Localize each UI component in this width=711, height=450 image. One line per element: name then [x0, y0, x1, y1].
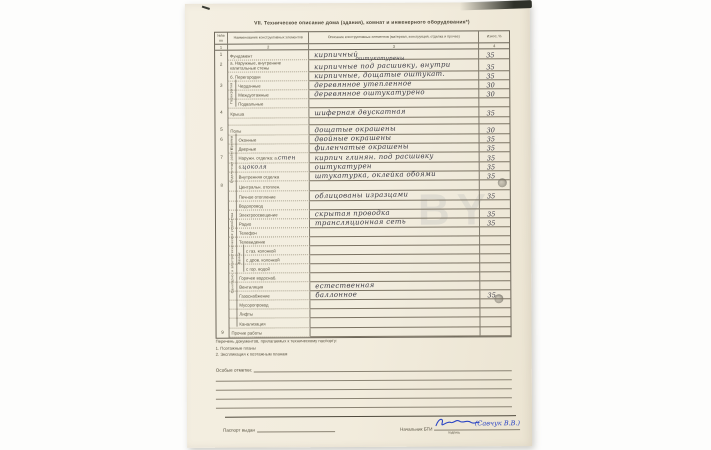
- row-wear-percent: [480, 272, 510, 281]
- row-number: [215, 91, 228, 100]
- col-header-wear: Износ, %: [479, 31, 509, 42]
- row-label: Центральн. отоплен.: [229, 181, 311, 191]
- row-number: [216, 274, 229, 283]
- row-number: 6: [216, 136, 229, 145]
- row-number: 7: [216, 154, 229, 164]
- row-number: [215, 119, 228, 126]
- row-wear-percent: [480, 254, 510, 263]
- row-wear-percent: 30: [479, 89, 509, 98]
- row-number: [216, 145, 229, 154]
- scanned-page: BY VII. Техническое описание дома (здани…: [185, 2, 532, 448]
- col-header-num: №№ пп: [215, 33, 228, 44]
- row-label: Наружн. отделка: а.стен: [229, 153, 311, 163]
- row-number: [216, 292, 229, 301]
- handwritten-entry: кирпичные, дощатые оштукат.: [314, 71, 445, 81]
- row-wear-percent: 30: [480, 124, 510, 134]
- row-label: Электроосвещение: [229, 210, 311, 219]
- row-label: Внутренняя отделка: [229, 172, 311, 181]
- attachment-item: 2. Экспликация к поэтажным планам: [216, 352, 338, 359]
- row-label: б.цоколя: [229, 163, 311, 172]
- handwritten-entry: филенчатые окрашены: [315, 143, 409, 152]
- row-wear-percent: 35: [480, 162, 510, 171]
- row-number: [216, 283, 229, 292]
- handwritten-entry: скрытая проводка: [315, 210, 390, 218]
- handwritten-entry: шиферная двускатная: [315, 108, 407, 117]
- special-marks-label: Особые отметки:: [216, 368, 254, 373]
- handwritten-entry: кирпич глинян. под расшивку: [315, 153, 434, 162]
- row-number: [216, 256, 229, 265]
- row-number: [216, 319, 229, 329]
- row-wear-percent: [480, 236, 510, 245]
- row-number: [216, 192, 229, 202]
- row-wear-percent: 35: [479, 71, 509, 80]
- row-description: [311, 327, 481, 337]
- row-group-label: Перекрытия: [228, 80, 236, 107]
- row-wear-percent: 35: [480, 171, 510, 180]
- row-label: Чердачные: [228, 81, 310, 90]
- handwritten-entry: штукатурка, оклейка обоями: [315, 171, 436, 180]
- row-label: Мусоропровод: [229, 300, 311, 309]
- row-number: 9: [217, 329, 230, 338]
- row-wear-percent: 30: [479, 80, 509, 89]
- row-wear-percent: 35: [480, 209, 510, 218]
- row-wear-percent: [481, 317, 511, 327]
- ruled-line: [257, 426, 335, 432]
- row-number: [216, 211, 229, 220]
- colnum-4: 4: [479, 43, 509, 48]
- colnum-3: 3: [309, 43, 479, 49]
- scan-corner-mark: [202, 6, 210, 10]
- row-wear-percent: 35: [480, 107, 510, 117]
- row-number: [216, 238, 229, 247]
- row-wear-percent: [480, 98, 510, 107]
- signature-name: (Савчук В.В.): [475, 419, 520, 427]
- row-label: Крыша: [228, 108, 309, 118]
- passport-issued: Паспорт выдан: [223, 426, 335, 433]
- row-label: Оконные: [228, 135, 310, 144]
- handwritten-entry: баллонное: [316, 291, 358, 299]
- tech-table: №№ пп Наименование конструктивных элемен…: [214, 30, 512, 339]
- row-number: [216, 229, 229, 238]
- row-label: Горячее водоснаб.: [229, 273, 311, 282]
- row-label: а. Наружные, внутренниекапитальные стены: [228, 60, 309, 72]
- row-number: [216, 173, 229, 182]
- handwritten-label: стен: [278, 154, 296, 161]
- row-label: Телефон: [229, 228, 311, 237]
- handwritten-entry: естественная: [316, 282, 375, 290]
- row-label: Прочие работы: [229, 328, 310, 337]
- row-number: [215, 100, 228, 109]
- attachments-list: Перечень документов, прилагаемых к техни…: [216, 338, 338, 359]
- row-label: Вентиляция: [229, 282, 311, 291]
- row-wear-percent: [481, 308, 511, 317]
- col-header-desc: Описание конструктивных элементов (матер…: [309, 31, 479, 43]
- row-wear-percent: 35: [479, 49, 509, 59]
- row-label: Радио: [229, 219, 311, 228]
- attachments-heading: Перечень документов, прилагаемых к техни…: [216, 338, 338, 345]
- row-number: 5: [215, 126, 228, 136]
- row-number: [216, 220, 229, 229]
- row-wear-percent: 35: [480, 134, 510, 143]
- row-group-label: Отделочные работы: [229, 152, 237, 180]
- row-wear-percent: [480, 281, 510, 290]
- row-wear-percent: 35: [480, 218, 510, 227]
- row-number: 4: [215, 109, 228, 119]
- ruled-line: [216, 398, 512, 409]
- signature-area: (Савчук В.В.): [434, 415, 520, 430]
- row-wear-percent: [480, 200, 510, 209]
- row-number: [216, 164, 229, 173]
- row-number: [215, 73, 228, 82]
- row-wear-percent: 35: [480, 143, 510, 152]
- handwritten-entry: облицованы изразцами: [315, 191, 409, 200]
- row-group-label: Ванны:: [237, 245, 244, 272]
- row-wear-percent: [480, 227, 510, 236]
- row-label: Водопровод: [229, 201, 311, 210]
- row-label: Подвальные: [228, 99, 310, 108]
- row-number: 3: [215, 82, 228, 91]
- handwritten-entry: кирпичный: [314, 51, 358, 59]
- row-wear-percent: [480, 245, 510, 254]
- row-number: [216, 310, 229, 319]
- row-number: 8: [216, 182, 229, 192]
- row-label: Лифты: [229, 309, 311, 318]
- row-label: Газоснабжение: [229, 291, 311, 300]
- handwritten-entry: деревянное оштукатурено: [315, 89, 426, 98]
- colnum-2: 2: [228, 44, 309, 49]
- handwritten-entry: оштукатурен: [315, 163, 372, 171]
- row-number: [216, 265, 229, 274]
- special-marks: Особые отметки:: [216, 362, 512, 409]
- passport-issued-label: Паспорт выдан: [223, 428, 255, 433]
- row-label: Дверные: [228, 144, 310, 153]
- row-number: [216, 247, 229, 256]
- row-wear-percent: [480, 263, 510, 272]
- row-label: Междуэтажные: [228, 90, 310, 99]
- scan-edge-mark: [460, 0, 532, 10]
- row-wear-percent: 35: [479, 59, 509, 71]
- handwritten-entry: трансляционная сеть: [315, 218, 406, 227]
- row-wear-percent: 35: [481, 290, 511, 299]
- row-wear-percent: 35: [480, 152, 510, 162]
- signature-caption: подпись: [434, 430, 474, 434]
- row-label: Полы: [228, 125, 309, 135]
- row-number: [216, 301, 229, 310]
- row-label: б. Перегородки: [228, 72, 309, 81]
- row-label: Канализация: [229, 318, 311, 328]
- row-number: 2: [215, 61, 228, 73]
- section-title: VII. Техническое описание дома (здания),…: [214, 19, 510, 27]
- col-header-name: Наименование конструктивных элементов: [228, 32, 309, 43]
- row-wear-percent: [480, 180, 510, 190]
- row-wear-percent: 35: [480, 190, 510, 200]
- row-number: 1: [215, 51, 228, 61]
- table-body: 1Фундаменткирпичный352а. Наружные, внутр…: [215, 49, 510, 338]
- row-wear-percent: [481, 327, 511, 336]
- chief-label: Начальник БТИ: [400, 427, 432, 432]
- handwritten-label: цоколя: [242, 163, 267, 170]
- colnum-1: 1: [215, 45, 228, 50]
- table-row: 9Прочие работы: [217, 327, 511, 338]
- row-label: Печное отопление: [229, 191, 311, 201]
- row-number: [216, 202, 229, 211]
- row-wear-percent: [481, 299, 511, 308]
- signature-icon: [434, 415, 480, 429]
